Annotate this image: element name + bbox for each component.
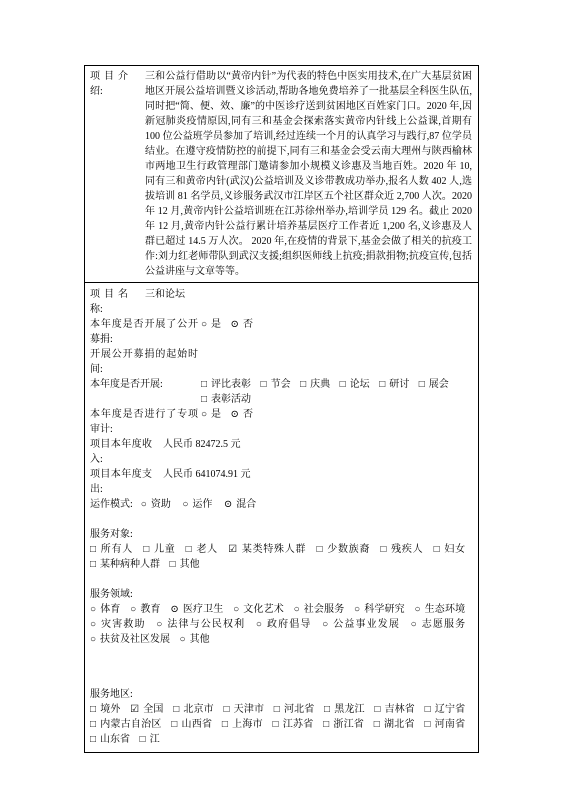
checkbox-unchecked-icon[interactable]: □ bbox=[425, 702, 431, 717]
section-service-fields: 服务领域:○体育 ○教育 ⊙医疗卫生 ○文化艺术 ○社会服务 ○科学研究 ○生态… bbox=[90, 587, 472, 647]
option-label: 论坛 bbox=[350, 379, 370, 390]
field-value-operation-mode: ○资助 ○运作 ⊙混合 bbox=[141, 499, 265, 510]
checkbox-unchecked-icon[interactable]: □ bbox=[424, 717, 430, 732]
option-label: 儿童 bbox=[153, 544, 175, 555]
radio-checked-icon[interactable]: ⊙ bbox=[231, 317, 239, 332]
checkbox-unchecked-icon[interactable]: □ bbox=[379, 377, 385, 392]
option-label: 灾害救助 bbox=[100, 619, 146, 630]
option-label: 政府倡导 bbox=[266, 619, 312, 630]
field-label-public-fundraising-this-year: 本年度是否开展了公开募捐: bbox=[90, 317, 198, 347]
option-label: 扶贫及社区发展 bbox=[100, 634, 170, 645]
activities-held-this-year-option[interactable]: □庆典 bbox=[300, 379, 330, 390]
checkbox-checked-icon[interactable]: ☑ bbox=[228, 542, 237, 557]
field-row-project-name: 项目名称:三和论坛 bbox=[90, 287, 472, 317]
option-label: 浙江省 bbox=[333, 719, 364, 730]
radio-checked-icon[interactable]: ⊙ bbox=[231, 407, 239, 422]
service-regions-option[interactable]: □内蒙古自治区 bbox=[90, 719, 162, 730]
radio-unchecked-icon[interactable]: ○ bbox=[90, 602, 96, 617]
option-label: 文化艺术 bbox=[243, 604, 284, 615]
service-regions-option[interactable]: □辽宁省 bbox=[425, 704, 465, 715]
field-value-public-fundraising-this-year: ○是 ⊙否 bbox=[201, 317, 472, 347]
service-regions-option[interactable]: □黑龙江 bbox=[324, 704, 365, 715]
service-fields-option[interactable]: ○其他 bbox=[180, 634, 210, 645]
option-label: 吉林省 bbox=[384, 704, 415, 715]
section-service-regions: 服务地区:□境外 ☑全国 □北京市 □天津市 □河北省 □黑龙江 □吉林省 □辽… bbox=[90, 687, 472, 747]
checkbox-unchecked-icon[interactable]: □ bbox=[434, 542, 440, 557]
field-label-annual-income: 项目本年度收入: bbox=[90, 437, 152, 467]
radio-unchecked-icon[interactable]: ○ bbox=[411, 617, 417, 632]
activities-held-this-year-option[interactable]: □研讨 bbox=[379, 379, 409, 390]
service-fields-option[interactable]: ○志愿服务 bbox=[411, 619, 466, 630]
activities-held-this-year-option[interactable]: □评比表彰 bbox=[201, 379, 251, 390]
operation-mode-option[interactable]: ⊙混合 bbox=[224, 499, 256, 510]
checkbox-unchecked-icon[interactable]: □ bbox=[201, 377, 207, 392]
field-label-fundraising-start-time: 开展公开募捐的起始时间: bbox=[90, 347, 198, 377]
checkbox-unchecked-icon[interactable]: □ bbox=[223, 702, 229, 717]
project-intro-label: 项目介绍: bbox=[90, 69, 128, 279]
activities-held-this-year-option[interactable]: □节会 bbox=[261, 379, 291, 390]
option-label: 妇女 bbox=[444, 544, 465, 555]
operation-mode-option[interactable]: ○资助 bbox=[141, 499, 171, 510]
service-regions-option[interactable]: ☑全国 bbox=[130, 704, 163, 715]
project-intro-text: 三和公益行借助以“黄帝内针”为代表的特色中医实用技术,在广大基层贫困地区开展公益… bbox=[145, 69, 472, 279]
option-label: 法律与公民权利 bbox=[166, 619, 245, 630]
radio-unchecked-icon[interactable]: ○ bbox=[182, 497, 188, 512]
service-regions-option[interactable]: □江 bbox=[140, 734, 160, 745]
option-label: 否 bbox=[243, 409, 253, 420]
checkbox-unchecked-icon[interactable]: □ bbox=[374, 702, 380, 717]
field-label-project-name: 项目名称: bbox=[90, 287, 128, 317]
field-value-activities-held-this-year: □评比表彰 □节会 □庆典 □论坛 □研讨 □展会 □表彰活动 bbox=[201, 377, 472, 407]
special-audit-this-year-option[interactable]: ⊙否 bbox=[231, 409, 253, 420]
field-row-annual-income: 项目本年度收入:人民币 82472.5 元 bbox=[90, 437, 472, 467]
option-label: 某种病种人群 bbox=[100, 559, 160, 570]
activities-held-this-year-option[interactable]: □表彰活动 bbox=[201, 394, 251, 405]
checkbox-unchecked-icon[interactable]: □ bbox=[324, 702, 330, 717]
field-label-special-audit-this-year: 本年度是否进行了专项审计: bbox=[90, 407, 198, 437]
field-value-project-name: 三和论坛 bbox=[145, 287, 472, 317]
option-label: 医疗卫生 bbox=[183, 604, 224, 615]
checkbox-unchecked-icon[interactable]: □ bbox=[170, 557, 176, 572]
option-label: 境外 bbox=[100, 704, 120, 715]
option-label: 社会服务 bbox=[304, 604, 345, 615]
service-regions-option[interactable]: □河南省 bbox=[424, 719, 465, 730]
field-row-fundraising-start-time: 开展公开募捐的起始时间: bbox=[90, 347, 472, 377]
option-label: 表彰活动 bbox=[211, 394, 251, 405]
project-intro-row: 项目介绍: 三和公益行借助以“黄帝内针”为代表的特色中医实用技术,在广大基层贫困… bbox=[85, 66, 478, 283]
checkbox-unchecked-icon[interactable]: □ bbox=[374, 717, 380, 732]
option-label: 志愿服务 bbox=[421, 619, 465, 630]
checkbox-unchecked-icon[interactable]: □ bbox=[173, 702, 179, 717]
field-label-annual-expense: 项目本年度支出: bbox=[90, 467, 152, 497]
service-fields-option[interactable]: ○文化艺术 bbox=[233, 604, 284, 615]
checkbox-unchecked-icon[interactable]: □ bbox=[186, 542, 192, 557]
radio-checked-icon[interactable]: ⊙ bbox=[224, 497, 232, 512]
field-value-fundraising-start-time bbox=[201, 347, 472, 377]
checkbox-checked-icon[interactable]: ☑ bbox=[130, 702, 139, 717]
field-row-special-audit-this-year: 本年度是否进行了专项审计:○是 ⊙否 bbox=[90, 407, 472, 437]
checkbox-unchecked-icon[interactable]: □ bbox=[300, 377, 306, 392]
checkbox-unchecked-icon[interactable]: □ bbox=[261, 377, 267, 392]
option-label: 公益事业发展 bbox=[332, 619, 400, 630]
option-label: 老人 bbox=[196, 544, 218, 555]
option-label: 江苏省 bbox=[283, 719, 314, 730]
service-fields-option[interactable]: ○体育 bbox=[90, 604, 121, 615]
radio-unchecked-icon[interactable]: ○ bbox=[354, 602, 360, 617]
service-targets-option[interactable]: □老人 bbox=[186, 544, 218, 555]
radio-unchecked-icon[interactable]: ○ bbox=[233, 602, 239, 617]
option-label: 内蒙古自治区 bbox=[100, 719, 162, 730]
checkbox-unchecked-icon[interactable]: □ bbox=[274, 702, 280, 717]
checkbox-unchecked-icon[interactable]: □ bbox=[340, 377, 346, 392]
radio-unchecked-icon[interactable]: ○ bbox=[156, 617, 162, 632]
service-regions-option[interactable]: □浙江省 bbox=[323, 719, 364, 730]
service-fields-option[interactable]: ○生态环境 bbox=[414, 604, 465, 615]
checkbox-unchecked-icon[interactable]: □ bbox=[90, 542, 96, 557]
public-fundraising-this-year-option[interactable]: ⊙否 bbox=[231, 319, 253, 330]
option-label: 辽宁省 bbox=[435, 704, 465, 715]
option-label: 山东省 bbox=[100, 734, 130, 745]
service-fields-option[interactable]: ○科学研究 bbox=[354, 604, 405, 615]
checkbox-unchecked-icon[interactable]: □ bbox=[171, 717, 177, 732]
checkbox-unchecked-icon[interactable]: □ bbox=[222, 717, 228, 732]
service-targets-option[interactable]: □儿童 bbox=[143, 544, 175, 555]
service-regions-option[interactable]: □境外 bbox=[90, 704, 120, 715]
service-regions-option[interactable]: □河北省 bbox=[274, 704, 315, 715]
service-fields-option[interactable]: ○灾害救助 bbox=[90, 619, 146, 630]
checkbox-unchecked-icon[interactable]: □ bbox=[419, 377, 425, 392]
checkbox-unchecked-icon[interactable]: □ bbox=[273, 717, 279, 732]
service-regions-option[interactable]: □湖北省 bbox=[374, 719, 415, 730]
service-regions-option[interactable]: □山西省 bbox=[171, 719, 212, 730]
option-label: 研讨 bbox=[389, 379, 409, 390]
service-targets-option[interactable]: □所有人 bbox=[90, 544, 133, 555]
service-targets-option[interactable]: □某种病种人群 bbox=[90, 559, 160, 570]
option-label: 是 bbox=[211, 319, 221, 330]
option-label: 节会 bbox=[271, 379, 291, 390]
service-regions-option[interactable]: □山东省 bbox=[90, 734, 130, 745]
option-label: 其他 bbox=[180, 559, 200, 570]
option-label: 少数族裔 bbox=[327, 544, 371, 555]
option-label: 教育 bbox=[140, 604, 160, 615]
checkbox-unchecked-icon[interactable]: □ bbox=[143, 542, 149, 557]
checkbox-unchecked-icon[interactable]: □ bbox=[90, 557, 96, 572]
option-label: 残疾人 bbox=[390, 544, 423, 555]
field-row-operation-mode: 运作模式:○资助 ○运作 ⊙混合 bbox=[90, 497, 472, 512]
option-label: 否 bbox=[243, 319, 253, 330]
section-title-service-targets: 服务对象: bbox=[90, 527, 472, 542]
option-label: 生态环境 bbox=[425, 604, 466, 615]
option-label: 湖北省 bbox=[384, 719, 415, 730]
service-targets-option[interactable]: □少数族裔 bbox=[316, 544, 370, 555]
option-label: 庆典 bbox=[310, 379, 330, 390]
checkbox-unchecked-icon[interactable]: □ bbox=[380, 542, 386, 557]
service-fields-option[interactable]: ⊙医疗卫生 bbox=[170, 604, 223, 615]
service-fields-option[interactable]: ○扶贫及社区发展 bbox=[90, 634, 170, 645]
section-title-service-fields: 服务领域: bbox=[90, 587, 472, 602]
service-fields-option[interactable]: ○教育 bbox=[130, 604, 161, 615]
special-audit-this-year-option[interactable]: ○是 bbox=[201, 409, 221, 420]
field-label-operation-mode: 运作模式: bbox=[90, 499, 133, 510]
option-label: 科学研究 bbox=[364, 604, 405, 615]
radio-unchecked-icon[interactable]: ○ bbox=[322, 617, 328, 632]
field-value-annual-income: 人民币 82472.5 元 bbox=[163, 437, 472, 467]
radio-unchecked-icon[interactable]: ○ bbox=[414, 602, 420, 617]
annual-report-form-table: 项目介绍: 三和公益行借助以“黄帝内针”为代表的特色中医实用技术,在广大基层贫困… bbox=[84, 65, 479, 753]
service-targets-option[interactable]: □妇女 bbox=[434, 544, 466, 555]
field-row-public-fundraising-this-year: 本年度是否开展了公开募捐:○是 ⊙否 bbox=[90, 317, 472, 347]
activities-held-this-year-option[interactable]: □论坛 bbox=[340, 379, 370, 390]
radio-unchecked-icon[interactable]: ○ bbox=[201, 407, 207, 422]
field-row-activities-held-this-year: 本年度是否开展:□评比表彰 □节会 □庆典 □论坛 □研讨 □展会 □表彰活动 bbox=[90, 377, 472, 407]
document-page: 项目介绍: 三和公益行借助以“黄帝内针”为代表的特色中医实用技术,在广大基层贫困… bbox=[0, 0, 565, 800]
option-label: 山西省 bbox=[181, 719, 212, 730]
service-regions-option[interactable]: □吉林省 bbox=[374, 704, 415, 715]
option-label: 天津市 bbox=[234, 704, 265, 715]
checkbox-unchecked-icon[interactable]: □ bbox=[201, 392, 207, 407]
option-label: 展会 bbox=[429, 379, 449, 390]
service-regions-option[interactable]: □北京市 bbox=[173, 704, 214, 715]
service-targets-option[interactable]: □其他 bbox=[170, 559, 200, 570]
option-label: 运作 bbox=[192, 499, 212, 510]
public-fundraising-this-year-option[interactable]: ○是 bbox=[201, 319, 221, 330]
service-targets-option[interactable]: □残疾人 bbox=[380, 544, 423, 555]
service-fields-option[interactable]: ○法律与公民权利 bbox=[156, 619, 245, 630]
checkbox-unchecked-icon[interactable]: □ bbox=[323, 717, 329, 732]
service-regions-option[interactable]: □天津市 bbox=[223, 704, 264, 715]
radio-unchecked-icon[interactable]: ○ bbox=[141, 497, 147, 512]
radio-unchecked-icon[interactable]: ○ bbox=[180, 632, 186, 647]
option-label: 是 bbox=[211, 409, 221, 420]
radio-checked-icon[interactable]: ⊙ bbox=[170, 602, 178, 617]
radio-unchecked-icon[interactable]: ○ bbox=[294, 602, 300, 617]
section-options-service-fields: ○体育 ○教育 ⊙医疗卫生 ○文化艺术 ○社会服务 ○科学研究 ○生态环境 ○灾… bbox=[90, 602, 472, 647]
checkbox-unchecked-icon[interactable]: □ bbox=[316, 542, 322, 557]
option-label: 河北省 bbox=[284, 704, 315, 715]
section-options-service-targets: □所有人 □儿童 □老人 ☑某类特殊人群 □少数族裔 □残疾人 □妇女 □某种病… bbox=[90, 542, 472, 572]
field-value-annual-expense: 人民币 641074.91 元 bbox=[163, 467, 472, 497]
field-value-special-audit-this-year: ○是 ⊙否 bbox=[201, 407, 472, 437]
checkbox-unchecked-icon[interactable]: □ bbox=[140, 732, 146, 747]
service-fields-option[interactable]: ○政府倡导 bbox=[256, 619, 312, 630]
option-label: 混合 bbox=[236, 499, 256, 510]
field-label-activities-held-this-year: 本年度是否开展: bbox=[90, 377, 198, 407]
radio-unchecked-icon[interactable]: ○ bbox=[201, 317, 207, 332]
section-title-service-regions: 服务地区: bbox=[90, 687, 472, 702]
radio-unchecked-icon[interactable]: ○ bbox=[90, 617, 96, 632]
option-label: 评比表彰 bbox=[211, 379, 251, 390]
service-regions-option[interactable]: □江苏省 bbox=[273, 719, 314, 730]
option-label: 某类特殊人群 bbox=[241, 544, 306, 555]
field-row-annual-expense: 项目本年度支出:人民币 641074.91 元 bbox=[90, 467, 472, 497]
service-fields-option[interactable]: ○公益事业发展 bbox=[322, 619, 400, 630]
service-targets-option[interactable]: ☑某类特殊人群 bbox=[228, 544, 306, 555]
option-label: 江 bbox=[150, 734, 160, 745]
radio-unchecked-icon[interactable]: ○ bbox=[256, 617, 262, 632]
service-regions-option[interactable]: □上海市 bbox=[222, 719, 263, 730]
option-label: 上海市 bbox=[232, 719, 263, 730]
checkbox-unchecked-icon[interactable]: □ bbox=[90, 732, 96, 747]
option-label: 北京市 bbox=[183, 704, 214, 715]
form-fields-cell: 项目名称:三和论坛本年度是否开展了公开募捐:○是 ⊙否 开展公开募捐的起始时间:… bbox=[85, 283, 478, 752]
option-label: 河南省 bbox=[434, 719, 465, 730]
radio-unchecked-icon[interactable]: ○ bbox=[130, 602, 136, 617]
section-service-targets: 服务对象:□所有人 □儿童 □老人 ☑某类特殊人群 □少数族裔 □残疾人 □妇女… bbox=[90, 527, 472, 572]
option-label: 黑龙江 bbox=[334, 704, 365, 715]
section-options-service-regions: □境外 ☑全国 □北京市 □天津市 □河北省 □黑龙江 □吉林省 □辽宁省 □内… bbox=[90, 702, 472, 747]
service-fields-option[interactable]: ○社会服务 bbox=[294, 604, 345, 615]
checkbox-unchecked-icon[interactable]: □ bbox=[90, 717, 96, 732]
option-label: 其他 bbox=[190, 634, 210, 645]
option-label: 体育 bbox=[100, 604, 120, 615]
checkbox-unchecked-icon[interactable]: □ bbox=[90, 702, 96, 717]
option-label: 全国 bbox=[143, 704, 163, 715]
operation-mode-option[interactable]: ○运作 bbox=[182, 499, 212, 510]
activities-held-this-year-option[interactable]: □展会 bbox=[419, 379, 449, 390]
option-label: 资助 bbox=[151, 499, 171, 510]
option-label: 所有人 bbox=[100, 544, 133, 555]
radio-unchecked-icon[interactable]: ○ bbox=[90, 632, 96, 647]
